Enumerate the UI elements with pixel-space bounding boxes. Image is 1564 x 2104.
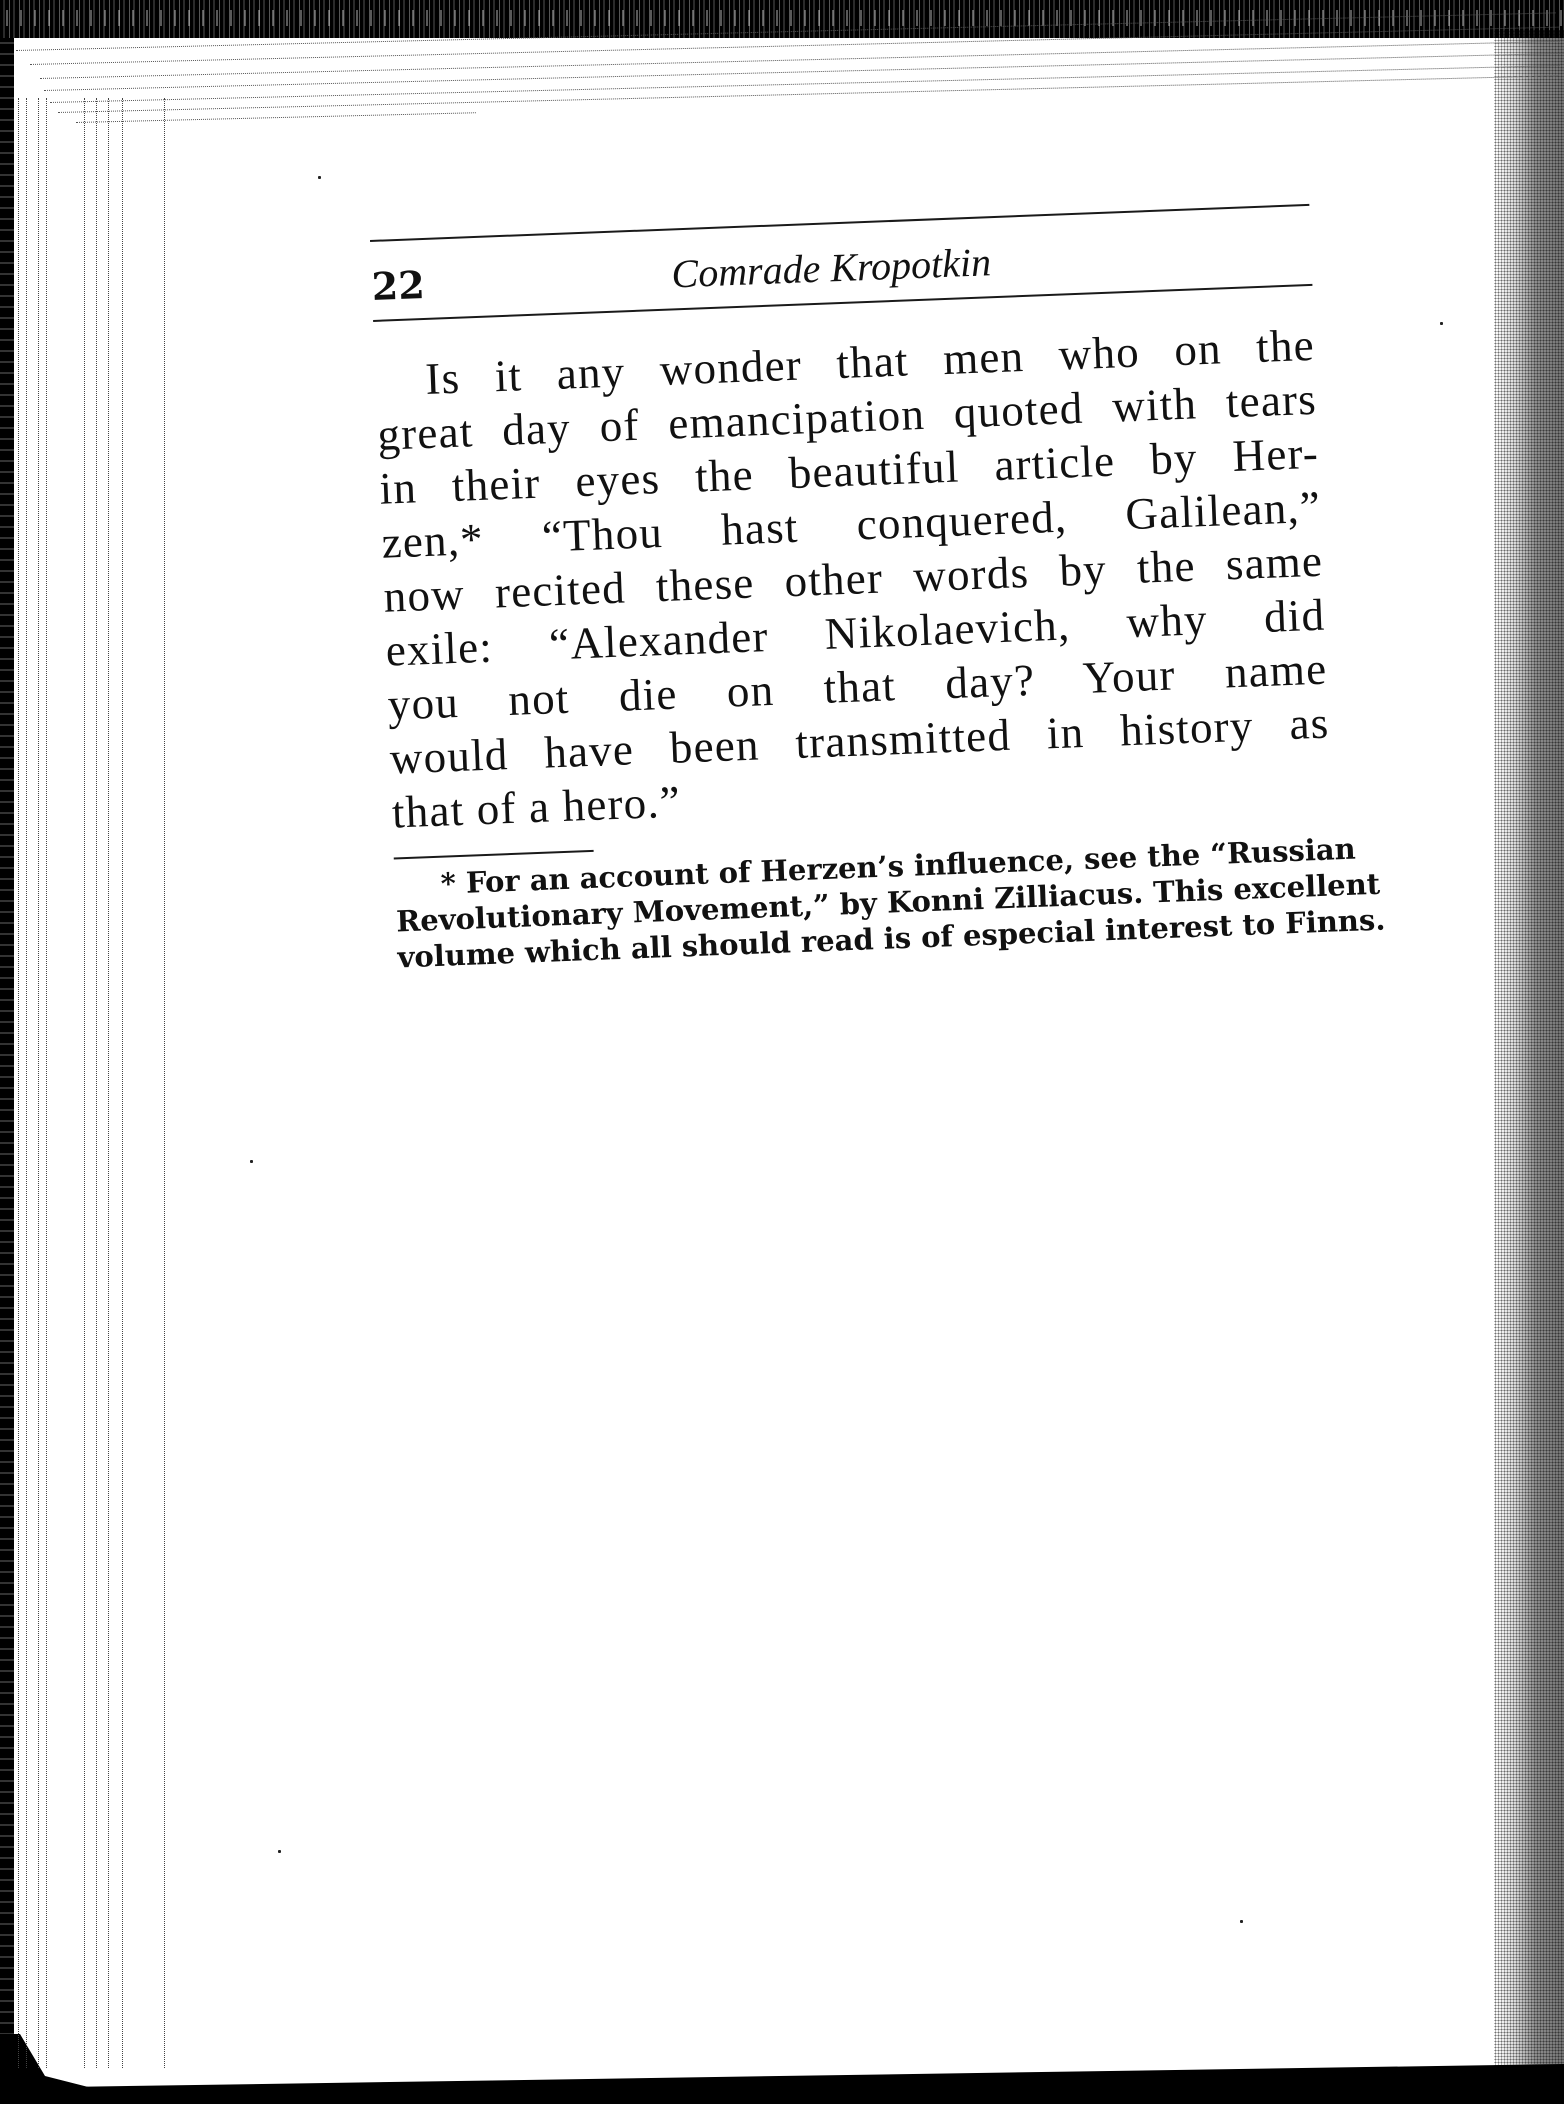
- header-rule-top: [370, 204, 1309, 242]
- scan-speck: [250, 1160, 253, 1163]
- running-head-title: Comrade Kropotkin: [671, 238, 992, 297]
- scan-speck: [1240, 1920, 1243, 1923]
- scan-border-left: [0, 38, 14, 2104]
- footnote-separator-rule: [394, 850, 594, 860]
- page-header: 22 Comrade Kropotkin: [370, 203, 1332, 314]
- book-page: 22 Comrade Kropotkin Is it any wonder th…: [370, 203, 1358, 975]
- book-gutter-halftone: [1494, 30, 1564, 2070]
- scan-speck: [1440, 322, 1443, 325]
- scan-speck: [278, 1850, 281, 1853]
- page-number: 22: [371, 262, 426, 309]
- scan-border-bottom: [0, 2064, 1564, 2104]
- page-stack-edges: [14, 38, 214, 2068]
- body-paragraph: Is it any wonder that men who on the gre…: [374, 318, 1332, 840]
- scan-speck: [318, 176, 321, 179]
